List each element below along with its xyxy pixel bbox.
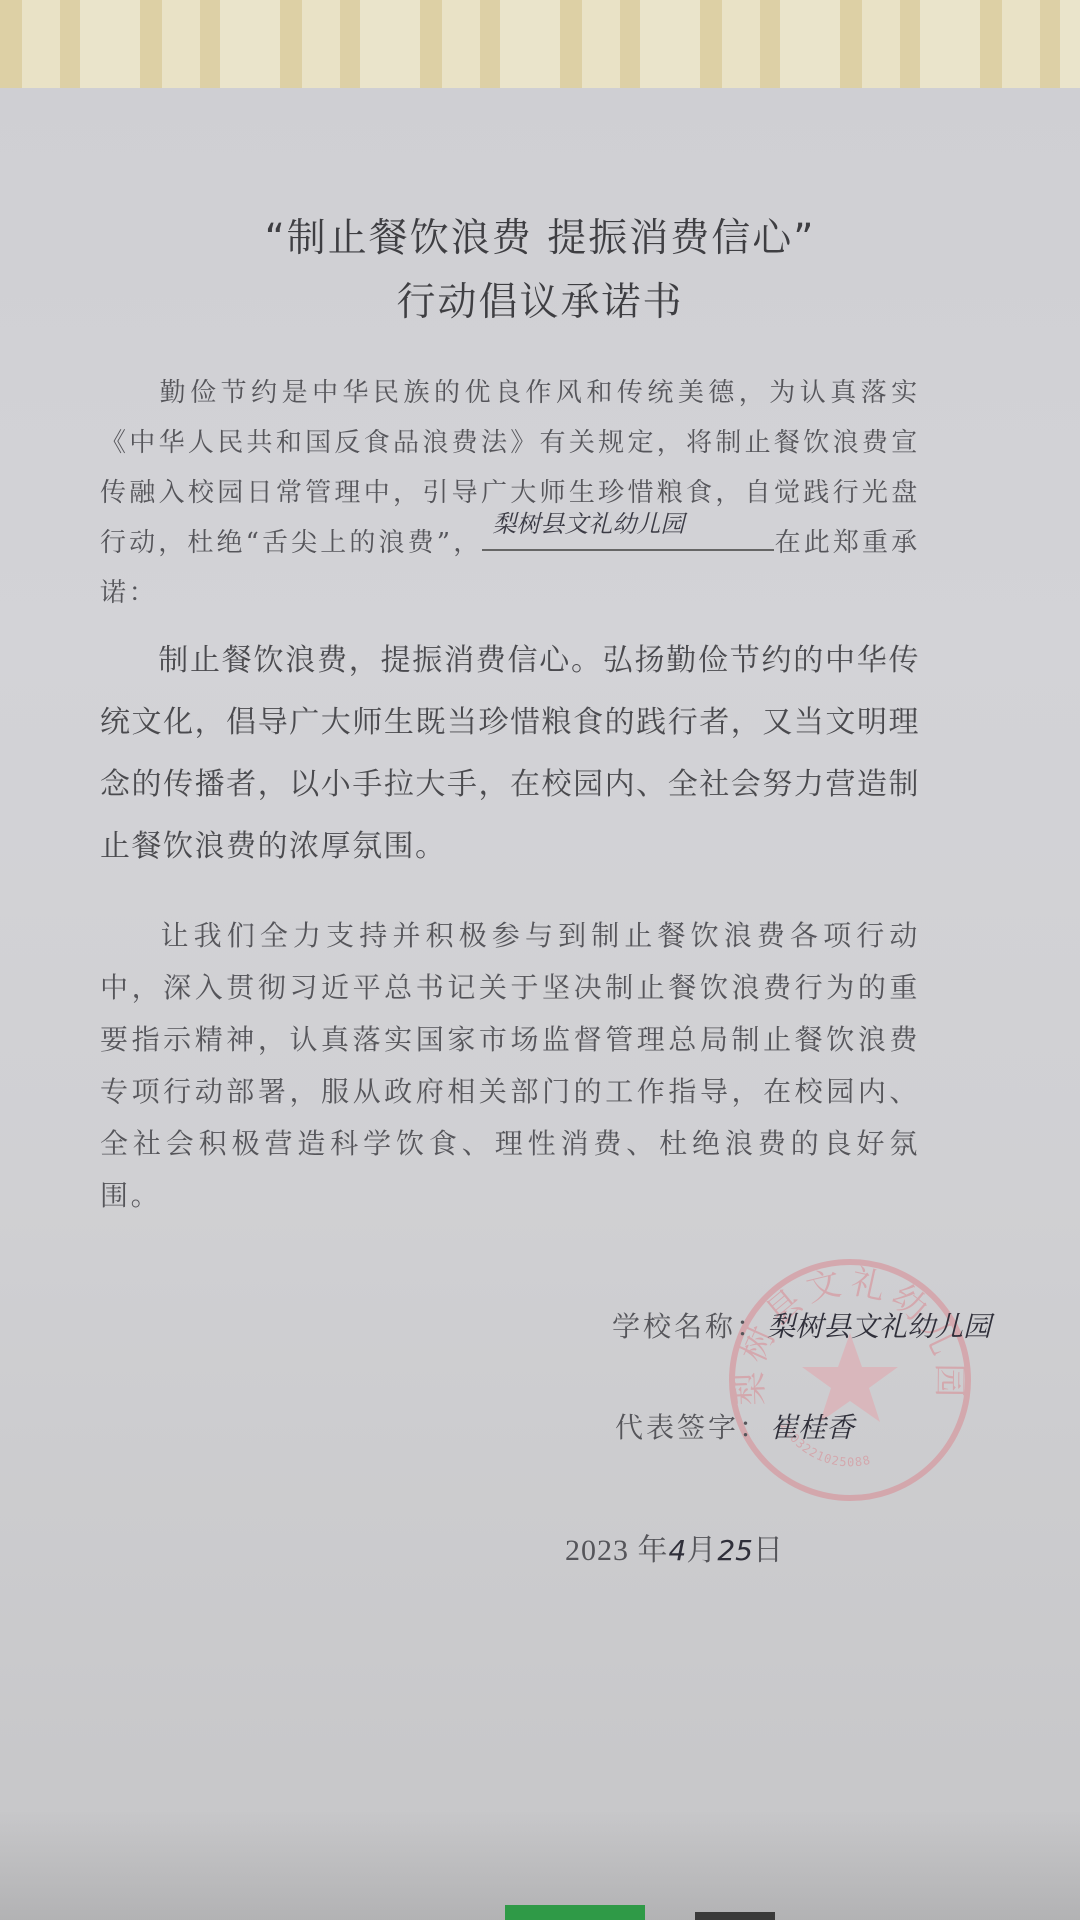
- handwritten-month: 4: [669, 1534, 687, 1567]
- handwritten-day: 25: [717, 1534, 753, 1567]
- date-year: 2023: [565, 1534, 629, 1567]
- paragraph-action: 让我们全力支持并积极参与到制止餐饮浪费各项行动中，深入贯彻习近平总书记关于坚决制…: [100, 910, 920, 1222]
- paper-shadow: [0, 1810, 1080, 1920]
- green-object: [505, 1905, 645, 1920]
- official-seal-icon: 梨树县文礼幼儿园 2203221025088: [725, 1255, 975, 1505]
- action-text: 让我们全力支持并积极参与到制止餐饮浪费各项行动中，深入贯彻习近平总书记关于坚决制…: [100, 919, 920, 1212]
- school-name-row: 学校名称：梨树县文礼幼儿园: [612, 1305, 991, 1345]
- date-month-suffix: 月: [686, 1534, 717, 1567]
- representative-label: 代表签字：: [615, 1411, 770, 1444]
- date-day-suffix: 日: [753, 1534, 784, 1567]
- representative-row: 代表签字：崔桂香: [615, 1406, 854, 1446]
- school-fill-field: 梨树县文礼幼儿园: [482, 519, 774, 551]
- date-row: 2023 年4月25日: [565, 1525, 784, 1569]
- handwritten-representative-signature: 崔桂香: [770, 1411, 854, 1444]
- document-title-line1: “制止餐饮浪费 提振消费信心”: [0, 207, 1080, 263]
- paragraph-commitment: 制止餐饮浪费，提振消费信心。弘扬勤俭节约的中华传统文化，倡导广大师生既当珍惜粮食…: [100, 630, 920, 878]
- commitment-text: 制止餐饮浪费，提振消费信心。弘扬勤俭节约的中华传统文化，倡导广大师生既当珍惜粮食…: [100, 643, 920, 864]
- handwritten-school-name: 梨树县文礼幼儿园: [492, 499, 684, 549]
- document-title-line2: 行动倡议承诺书: [0, 271, 1080, 327]
- handwritten-school-signature: 梨树县文礼幼儿园: [767, 1310, 991, 1343]
- paragraph-intro: 勤俭节约是中华民族的优良作风和传统美德，为认真落实《中华人民共和国反食品浪费法》…: [100, 368, 920, 618]
- dark-object: [695, 1912, 775, 1920]
- school-name-label: 学校名称：: [612, 1310, 767, 1343]
- background-surface: [0, 0, 1080, 100]
- date-year-suffix: 年: [629, 1534, 669, 1567]
